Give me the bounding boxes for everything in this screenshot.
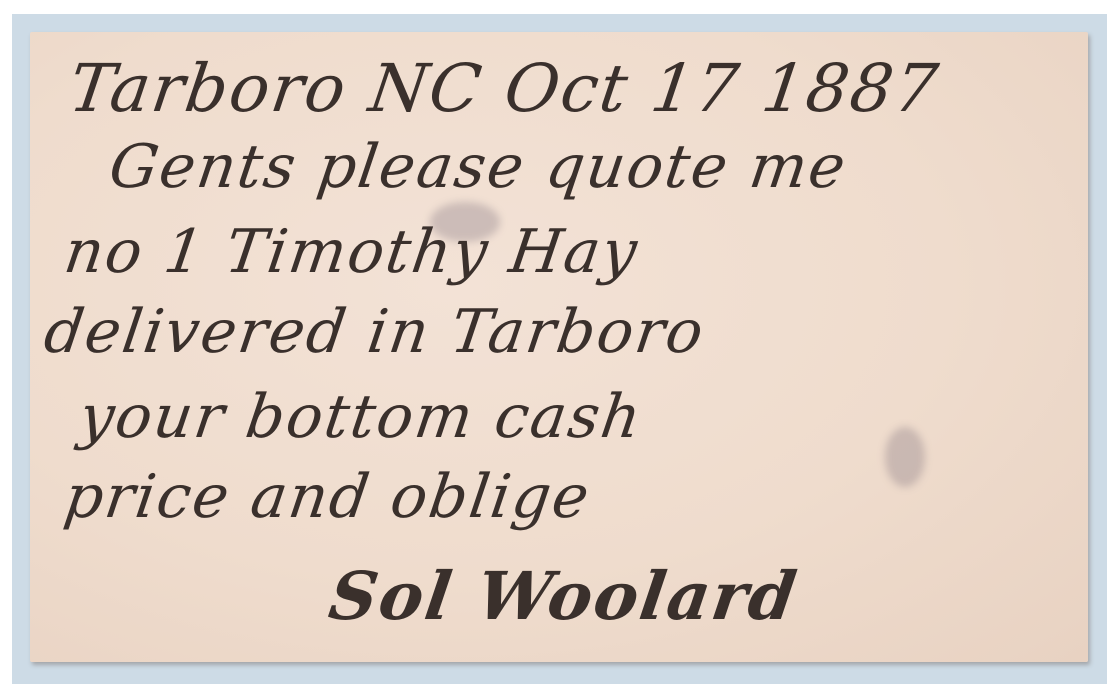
handwritten-line: Gents please quote me: [105, 132, 851, 202]
handwritten-line: your bottom cash: [75, 382, 647, 452]
postcard: Tarboro NC Oct 17 1887 Gents please quot…: [30, 32, 1088, 662]
handwritten-line: delivered in Tarboro: [40, 297, 709, 367]
handwritten-line: price and oblige: [60, 462, 595, 532]
handwritten-line: no 1 Timothy Hay: [60, 217, 643, 287]
ink-smudge: [885, 427, 925, 487]
handwritten-line-date: Tarboro NC Oct 17 1887: [65, 50, 945, 127]
handwritten-signature: Sol Woolard: [325, 557, 803, 635]
